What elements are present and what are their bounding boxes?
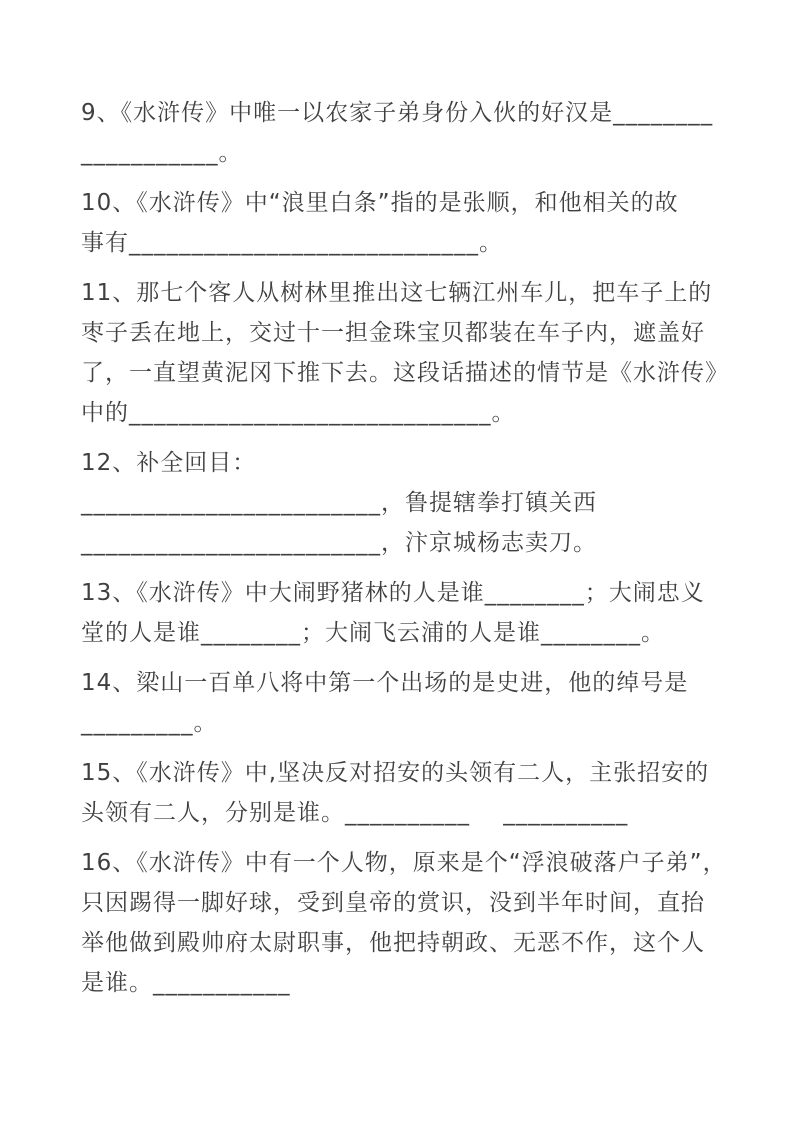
question-14-line-2: _________。 <box>81 703 733 743</box>
question-12-line-3: ________________________，汴京城杨志卖刀。 <box>81 523 733 563</box>
question-9-line-2: ___________。 <box>81 133 733 173</box>
question-10: 10、《水浒传》中“浪里白条”指的是张顺，和他相关的故事有___________… <box>81 183 733 263</box>
question-14: 14、梁山一百单八将中第一个出场的是史进，他的绰号是_________。 <box>81 663 733 743</box>
question-13: 13、《水浒传》中大闹野猪林的人是谁________；大闹忠义堂的人是谁____… <box>81 573 733 653</box>
question-15-line-2: 头领有二人，分别是谁。__________ __________ <box>81 793 733 833</box>
question-15: 15、《水浒传》中,坚决反对招安的头领有二人，主张招安的头领有二人，分别是谁。_… <box>81 753 733 833</box>
question-11-line-3: 了，一直望黄泥冈下推下去。这段话描述的情节是《水浒传》 <box>81 353 733 393</box>
question-16-line-2: 只因踢得一脚好球，受到皇帝的赏识，没到半年时间，直抬 <box>81 883 733 923</box>
question-12-line-1: 12、补全回目： <box>81 443 733 483</box>
question-list: 9、《水浒传》中唯一以农家子弟身份入伙的好汉是_________________… <box>81 93 733 1013</box>
question-16: 16、《水浒传》中有一个人物，原来是个“浮浪破落户子弟”，只因踢得一脚好球，受到… <box>81 843 733 1003</box>
question-13-line-1: 13、《水浒传》中大闹野猪林的人是谁________；大闹忠义 <box>81 573 733 613</box>
question-16-line-1: 16、《水浒传》中有一个人物，原来是个“浮浪破落户子弟”， <box>81 843 733 883</box>
question-12: 12、补全回目：________________________，鲁提辖拳打镇关… <box>81 443 733 563</box>
question-10-line-1: 10、《水浒传》中“浪里白条”指的是张顺，和他相关的故 <box>81 183 733 223</box>
question-14-line-1: 14、梁山一百单八将中第一个出场的是史进，他的绰号是 <box>81 663 733 703</box>
question-13-line-2: 堂的人是谁________；大闹飞云浦的人是谁________。 <box>81 613 733 653</box>
question-9: 9、《水浒传》中唯一以农家子弟身份入伙的好汉是_________________… <box>81 93 733 173</box>
worksheet-page: 9、《水浒传》中唯一以农家子弟身份入伙的好汉是_________________… <box>0 0 793 1122</box>
question-11-line-2: 枣子丢在地上，交过十一担金珠宝贝都装在车子内，遮盖好 <box>81 313 733 353</box>
question-11-line-4: 中的_____________________________。 <box>81 393 733 433</box>
question-10-line-2: 事有____________________________。 <box>81 223 733 263</box>
question-16-line-4: 是谁。___________ <box>81 963 733 1003</box>
question-11-line-1: 11、那七个客人从树林里推出这七辆江州车儿，把车子上的 <box>81 273 733 313</box>
question-9-line-1: 9、《水浒传》中唯一以农家子弟身份入伙的好汉是________ <box>81 93 733 133</box>
question-11: 11、那七个客人从树林里推出这七辆江州车儿，把车子上的枣子丢在地上，交过十一担金… <box>81 273 733 433</box>
question-16-line-3: 举他做到殿帅府太尉职事，他把持朝政、无恶不作，这个人 <box>81 923 733 963</box>
question-15-line-1: 15、《水浒传》中,坚决反对招安的头领有二人，主张招安的 <box>81 753 733 793</box>
question-12-line-2: ________________________，鲁提辖拳打镇关西 <box>81 483 733 523</box>
